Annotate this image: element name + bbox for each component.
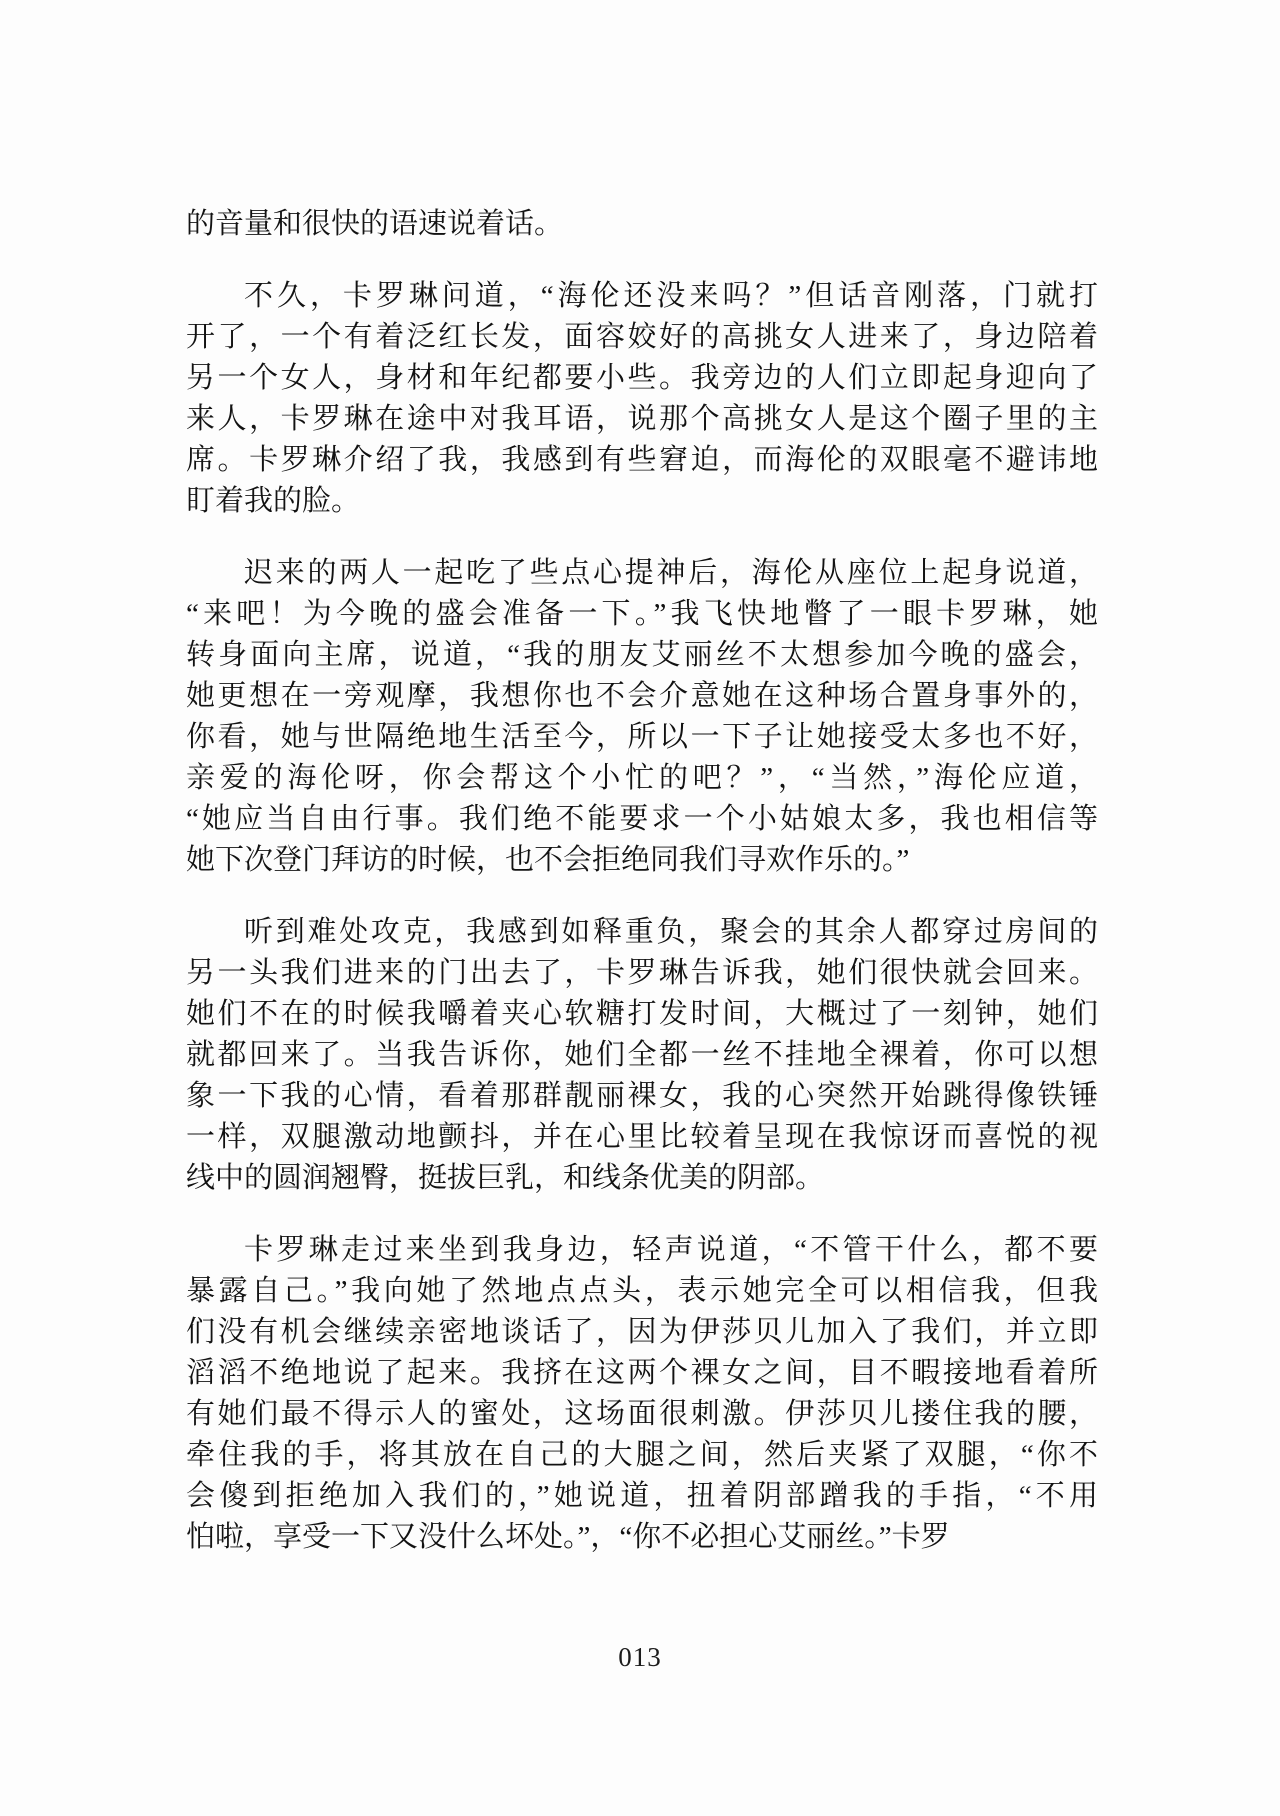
text-line: 席。卡罗琳介绍了我，我感到有些窘迫，而海伦的双眼毫不避讳地 (186, 440, 1098, 481)
text-line: “来吧！为今晚的盛会准备一下。”我飞快地瞥了一眼卡罗琳，她 (186, 594, 1098, 635)
text-line: 亲爱的海伦呀，你会帮这个小忙的吧？”，“当然，”海伦应道， (186, 758, 1098, 799)
page: 的音量和很快的语速说着话。不久，卡罗琳问道，“海伦还没来吗？”但话音刚落，门就打… (0, 0, 1280, 1816)
page-number: 013 (0, 1642, 1280, 1673)
page-text: 的音量和很快的语速说着话。不久，卡罗琳问道，“海伦还没来吗？”但话音刚落，门就打… (186, 204, 1098, 1558)
text-line: 盯着我的脸。 (186, 481, 1098, 522)
text-line: 听到难处攻克，我感到如释重负，聚会的其余人都穿过房间的 (186, 912, 1098, 953)
paragraph: 的音量和很快的语速说着话。 (186, 204, 1098, 245)
text-line: 的音量和很快的语速说着话。 (186, 204, 1098, 245)
text-line: 迟来的两人一起吃了些点心提神后，海伦从座位上起身说道， (186, 553, 1098, 594)
text-line: 怕啦，享受一下又没什么坏处。”，“你不必担心艾丽丝。”卡罗 (186, 1517, 1098, 1558)
text-line: 她下次登门拜访的时候，也不会拒绝同我们寻欢作乐的。” (186, 840, 1098, 881)
text-line: “她应当自由行事。我们绝不能要求一个小姑娘太多，我也相信等 (186, 799, 1098, 840)
text-line: 滔滔不绝地说了起来。我挤在这两个裸女之间，目不暇接地看着所 (186, 1353, 1098, 1394)
text-line: 另一个女人，身材和年纪都要小些。我旁边的人们立即起身迎向了 (186, 358, 1098, 399)
text-line: 她们不在的时候我嚼着夹心软糖打发时间，大概过了一刻钟，她们 (186, 994, 1098, 1035)
text-line: 会傻到拒绝加入我们的，”她说道，扭着阴部蹭我的手指，“不用 (186, 1476, 1098, 1517)
text-line: 象一下我的心情，看着那群靓丽裸女，我的心突然开始跳得像铁锤 (186, 1076, 1098, 1117)
text-line: 不久，卡罗琳问道，“海伦还没来吗？”但话音刚落，门就打 (186, 276, 1098, 317)
text-line: 她更想在一旁观摩，我想你也不会介意她在这种场合置身事外的， (186, 676, 1098, 717)
text-line: 们没有机会继续亲密地谈话了，因为伊莎贝儿加入了我们，并立即 (186, 1312, 1098, 1353)
text-line: 线中的圆润翘臀，挺拔巨乳，和线条优美的阴部。 (186, 1158, 1098, 1199)
text-line: 开了，一个有着泛红长发，面容姣好的高挑女人进来了，身边陪着 (186, 317, 1098, 358)
text-line: 就都回来了。当我告诉你，她们全都一丝不挂地全裸着，你可以想 (186, 1035, 1098, 1076)
text-line: 你看，她与世隔绝地生活至今，所以一下子让她接受太多也不好， (186, 717, 1098, 758)
paragraph: 卡罗琳走过来坐到我身边，轻声说道，“不管干什么，都不要暴露自己。”我向她了然地点… (186, 1230, 1098, 1558)
paragraph: 不久，卡罗琳问道，“海伦还没来吗？”但话音刚落，门就打开了，一个有着泛红长发，面… (186, 276, 1098, 522)
text-line: 来人，卡罗琳在途中对我耳语，说那个高挑女人是这个圈子里的主 (186, 399, 1098, 440)
paragraph: 迟来的两人一起吃了些点心提神后，海伦从座位上起身说道，“来吧！为今晚的盛会准备一… (186, 553, 1098, 881)
text-line: 转身面向主席，说道，“我的朋友艾丽丝不太想参加今晚的盛会， (186, 635, 1098, 676)
paragraph: 听到难处攻克，我感到如释重负，聚会的其余人都穿过房间的另一头我们进来的门出去了，… (186, 912, 1098, 1199)
text-line: 暴露自己。”我向她了然地点点头，表示她完全可以相信我，但我 (186, 1271, 1098, 1312)
text-line: 卡罗琳走过来坐到我身边，轻声说道，“不管干什么，都不要 (186, 1230, 1098, 1271)
text-line: 牵住我的手，将其放在自己的大腿之间，然后夹紧了双腿，“你不 (186, 1435, 1098, 1476)
text-line: 一样，双腿激动地颤抖，并在心里比较着呈现在我惊讶而喜悦的视 (186, 1117, 1098, 1158)
text-line: 另一头我们进来的门出去了，卡罗琳告诉我，她们很快就会回来。 (186, 953, 1098, 994)
text-line: 有她们最不得示人的蜜处，这场面很刺激。伊莎贝儿搂住我的腰， (186, 1394, 1098, 1435)
